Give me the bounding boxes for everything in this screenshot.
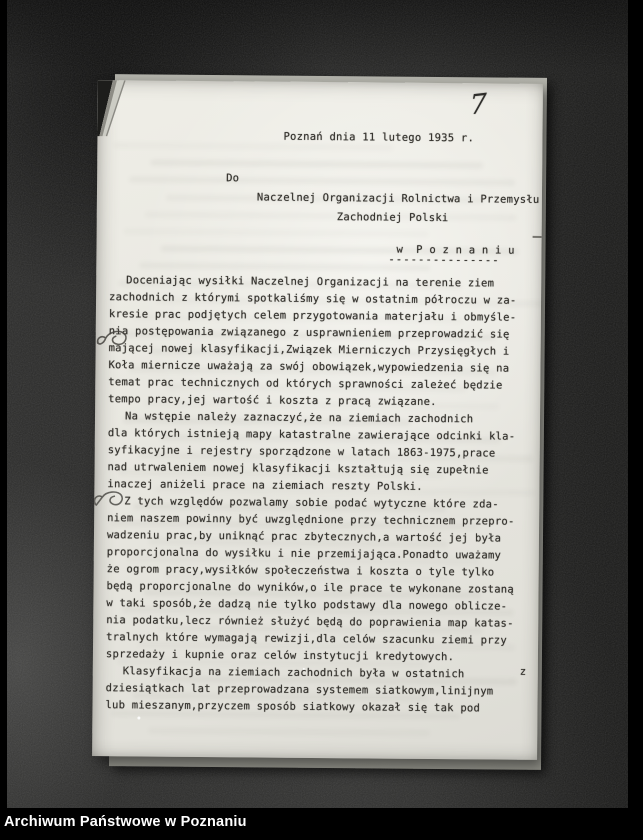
handwritten-scribble-mark: [94, 326, 134, 354]
letter-page: Poznań dnia 11 lutego 1935 r. Do Naczeln…: [92, 80, 543, 760]
watermark-bar: Archiwum Państwowe w Poznaniu: [0, 808, 643, 840]
addressee-line-1: Naczelnej Organizacji Rolnictwa i Przemy…: [257, 191, 543, 206]
paper-speck: [137, 716, 140, 719]
margin-dash-mark: [533, 236, 542, 238]
ghost-line: [139, 263, 430, 272]
typewritten-line: lub mieszanym,przyczem sposób siatkowy o…: [105, 697, 541, 718]
ghost-line: [150, 160, 483, 169]
ghost-line: [148, 727, 430, 735]
paragraph: Klasyfikacja na ziemiach zachodnich była…: [105, 663, 541, 718]
paragraph: Doceniając wysiłki Naczelnej Organizacji…: [108, 272, 543, 412]
archive-watermark-label: Archiwum Państwowe w Poznaniu: [4, 814, 247, 830]
ghost-line: [113, 142, 393, 150]
folded-corner: [97, 80, 138, 144]
paragraph: Z tych względów pozwalamy sobie podać wy…: [106, 493, 543, 667]
ghost-line: [129, 177, 515, 186]
paper-speck: [303, 668, 305, 670]
paragraph: Na wstępie należy zaznaczyć,że na ziemia…: [107, 408, 543, 497]
margin-note-z: z: [520, 666, 527, 678]
ghost-line: [124, 228, 429, 237]
date-line: Poznań dnia 11 lutego 1935 r.: [283, 131, 474, 145]
salutation: Do: [226, 172, 239, 184]
city-underline: ---------------: [388, 254, 499, 267]
archive-scan-view: Poznań dnia 11 lutego 1935 r. Do Naczeln…: [0, 0, 643, 840]
addressee-line-2: Zachodniej Polski: [337, 211, 449, 224]
ghost-line: [145, 211, 517, 220]
handwritten-scribble-mark: [92, 486, 130, 514]
letter-body: Doceniając wysiłki Naczelnej Organizacji…: [105, 272, 543, 718]
handwritten-page-number: 7: [470, 88, 487, 121]
